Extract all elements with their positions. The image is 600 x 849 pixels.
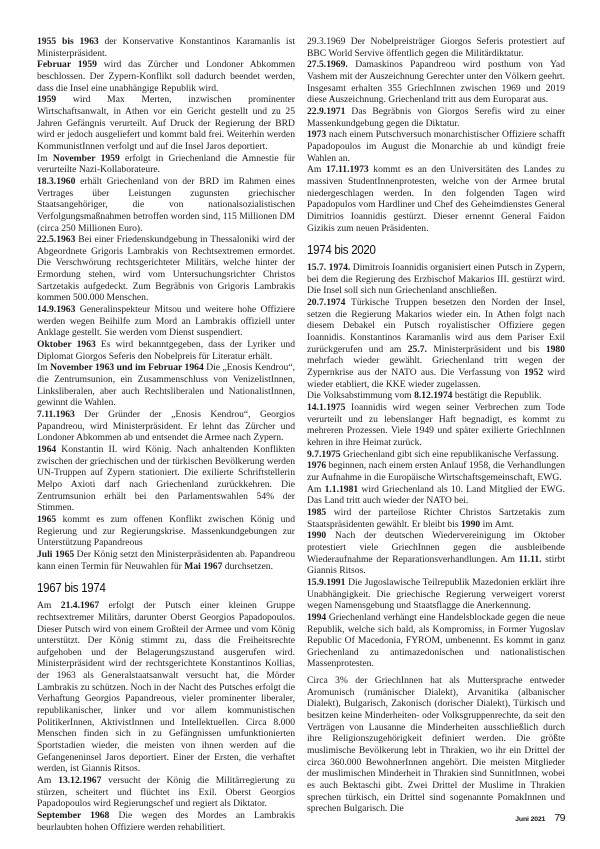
timeline-entry: 7.11.1963 Der Gründer der „Enosis Kendro…: [37, 409, 295, 444]
timeline-entry: 29.3.1969 Der Nobelpreisträger Giorgos S…: [307, 36, 565, 59]
entry-text: nach einem Putschversuch monarchistische…: [307, 129, 565, 163]
timeline-entry: Im November 1959 erfolgt in Griechenland…: [37, 153, 295, 176]
timeline-entry: 1964 Konstantin II. wird König. Nach anh…: [37, 444, 295, 514]
timeline-entry: Am 17.11.1973 kommt es an den Universitä…: [307, 164, 565, 234]
entry-text: Am: [307, 164, 326, 175]
entry-date: 22.9.1971: [307, 106, 345, 117]
timeline-entry: 15.9.1991 Die Jugoslawische Teilrepublik…: [307, 577, 565, 612]
entry-date: 7.11.1963: [37, 409, 75, 420]
timeline-text-columns: 1955 bis 1963 der Konservative Konstanti…: [37, 36, 565, 833]
entry-text: erhält Griechenland von der BRD im Rahme…: [37, 176, 295, 234]
entry-text: Griechenland verhängt eine Handelsblocka…: [307, 612, 565, 670]
right-column: 29.3.1969 Der Nobelpreisträger Giorgos S…: [307, 36, 565, 833]
entry-date: 1955 bis 1963: [37, 36, 99, 47]
entry-text: wird Max Merten, inzwischen prominenter …: [37, 94, 295, 152]
timeline-entry: 1994 Griechenland verhängt eine Handelsb…: [307, 612, 565, 670]
timeline-entry: 22.5.1963 Bei einer Friedenskundgebung i…: [37, 234, 295, 304]
entry-text: wird der parteilose Richter Christos Sar…: [307, 507, 565, 530]
entry-date: 15.7. 1974.: [307, 262, 350, 273]
timeline-entry: Juli 1965 Der König setzt den Ministerpr…: [37, 549, 295, 572]
entry-date: November 1963 und im Februar 1964: [50, 362, 204, 373]
entry-text: kommt es zum offenen Konflikt zwischen K…: [37, 514, 295, 548]
entry-date: 20.7.1974: [307, 297, 345, 308]
entry-text: Die Volksabstimmung vom: [307, 390, 414, 401]
entry-date: 17.11.1973: [326, 164, 369, 175]
entry-date: 1980: [546, 344, 565, 355]
entry-date: 22.5.1963: [37, 234, 75, 245]
entry-date: 1964: [37, 444, 56, 455]
entry-date: Mai 1967: [184, 561, 222, 572]
timeline-entry: Die Volksabstimmung vom 8.12.1974 bestät…: [307, 390, 565, 402]
entry-text: Im: [37, 362, 50, 373]
timeline-entry: 1990 Nach der deutschen Wiedervereinigun…: [307, 530, 565, 577]
entry-date: 1990: [307, 530, 326, 541]
entry-text: Griechenland gibt sich eine republikanis…: [341, 449, 559, 460]
section-heading: 1974 bis 2020: [307, 244, 544, 257]
entry-date: 1976: [307, 460, 326, 471]
timeline-entry: 22.9.1971 Das Begräbnis von Giorgos Sere…: [307, 106, 565, 129]
entry-date: 1952: [524, 367, 543, 378]
entry-date: 1973: [307, 129, 326, 140]
entry-date: 1959: [37, 94, 56, 105]
entry-text: 29.3.1969 Der Nobelpreisträger Giorgos S…: [307, 36, 565, 59]
entry-date: 27.5.1969.: [307, 59, 348, 70]
entry-date: September 1968: [37, 810, 109, 821]
entry-date: 11.11.: [519, 554, 542, 565]
entry-text: Bei einer Friedenskundgebung in Thessalo…: [37, 234, 295, 303]
timeline-entry: Im November 1963 und im Februar 1964 Die…: [37, 362, 295, 409]
entry-date: Oktober 1963: [37, 339, 96, 350]
timeline-entry: 1976 beginnen, nach einem ersten Anlauf …: [307, 460, 565, 483]
section-heading: 1967 bis 1974: [37, 582, 274, 595]
entry-text: erfolgt der Putsch einer kleinen Gruppe …: [37, 600, 295, 774]
magazine-page: 1955 bis 1963 der Konservative Konstanti…: [0, 0, 600, 849]
entry-date: 15.9.1991: [307, 577, 345, 588]
entry-date: 14.9.1963: [37, 304, 75, 315]
entry-text: Am: [37, 600, 61, 611]
entry-date: 25.7.: [408, 344, 427, 355]
entry-date: 1985: [307, 507, 326, 518]
timeline-entry: Februar 1959 wird das Zürcher und London…: [37, 59, 295, 94]
entry-date: 1.1.1981: [325, 484, 359, 495]
timeline-entry: 14.9.1963 Generalinspekteur Mitsou und w…: [37, 304, 295, 339]
entry-text: Das Begräbnis von Giorgos Serefis wird z…: [307, 106, 565, 129]
timeline-entry: Circa 3% der GriechInnen hat als Mutters…: [307, 675, 565, 815]
entry-text: im Amt.: [480, 519, 514, 530]
entry-text: Circa 3% der GriechInnen hat als Mutters…: [307, 675, 565, 814]
timeline-entry: 18.3.1960 erhält Griechenland von der BR…: [37, 176, 295, 234]
entry-date: Juli 1965: [37, 549, 74, 560]
entry-text: Die Jugoslawische Teilrepublik Mazedonie…: [307, 577, 565, 611]
entry-date: Februar 1959: [37, 59, 97, 70]
entry-date: 1994: [307, 612, 326, 623]
timeline-entry: 27.5.1969. Damaskinos Papandreou wird po…: [307, 59, 565, 106]
timeline-entry: 1955 bis 1963 der Konservative Konstanti…: [37, 36, 295, 59]
timeline-entry: Am 21.4.1967 erfolgt der Putsch einer kl…: [37, 600, 295, 775]
entry-text: Konstantin II. wird König. Nach anhalten…: [37, 444, 295, 513]
timeline-entry: September 1968 Die wegen des Mordes an L…: [37, 810, 295, 833]
timeline-entry: Am 13.12.1967 versucht der König die Mil…: [37, 775, 295, 810]
timeline-entry: 15.7. 1974. Dimitrois Ioannidis organisi…: [307, 262, 565, 297]
entry-text: Ministerpräsident und bis: [427, 344, 546, 355]
entry-text: beginnen, nach einem ersten Anlauf 1958,…: [307, 460, 565, 483]
timeline-entry: 9.7.1975 Griechenland gibt sich eine rep…: [307, 449, 565, 461]
entry-date: November 1959: [53, 153, 120, 164]
entry-date: 9.7.1975: [307, 449, 341, 460]
timeline-entry: 1959 wird Max Merten, inzwischen promine…: [37, 94, 295, 152]
timeline-entry: 1973 nach einem Putschversuch monarchist…: [307, 129, 565, 164]
timeline-entry: 1965 kommt es zum offenen Konflikt zwisc…: [37, 514, 295, 549]
entry-date: 8.12.1974: [414, 390, 452, 401]
entry-text: Generalinspekteur Mitsou und weitere hoh…: [37, 304, 295, 338]
entry-date: 21.4.1967: [61, 600, 99, 611]
entry-text: Der Gründer der „Enosis Kendrou“, Georgi…: [37, 409, 295, 443]
entry-text: Im: [37, 153, 53, 164]
issue-date: Juni 2021: [515, 816, 545, 823]
page-number: 79: [554, 812, 565, 824]
entry-text: Am: [307, 484, 325, 495]
entry-text: Am: [37, 775, 58, 786]
timeline-entry: 20.7.1974 Türkische Truppen besetzen den…: [307, 297, 565, 390]
entry-date: 14.1.1975: [307, 402, 345, 413]
left-column: 1955 bis 1963 der Konservative Konstanti…: [37, 36, 295, 833]
entry-text: bestätigt die Republik.: [452, 390, 541, 401]
entry-date: 13.12.1967: [58, 775, 101, 786]
timeline-entry: 1985 wird der parteilose Richter Christo…: [307, 507, 565, 530]
entry-date: 18.3.1960: [37, 176, 75, 187]
page-footer: Juni 2021 79: [515, 812, 565, 824]
entry-date: 1965: [37, 514, 56, 525]
entry-text: Ioannidis wird wegen seiner Verbrechen z…: [307, 402, 565, 448]
entry-text: durchsetzen.: [222, 561, 273, 572]
timeline-entry: Oktober 1963 Es wird bekanntgegeben, das…: [37, 339, 295, 362]
timeline-entry: Am 1.1.1981 wird Griechenland als 10. La…: [307, 484, 565, 507]
entry-date: 1990: [461, 519, 480, 530]
timeline-entry: 14.1.1975 Ioannidis wird wegen seiner Ve…: [307, 402, 565, 449]
